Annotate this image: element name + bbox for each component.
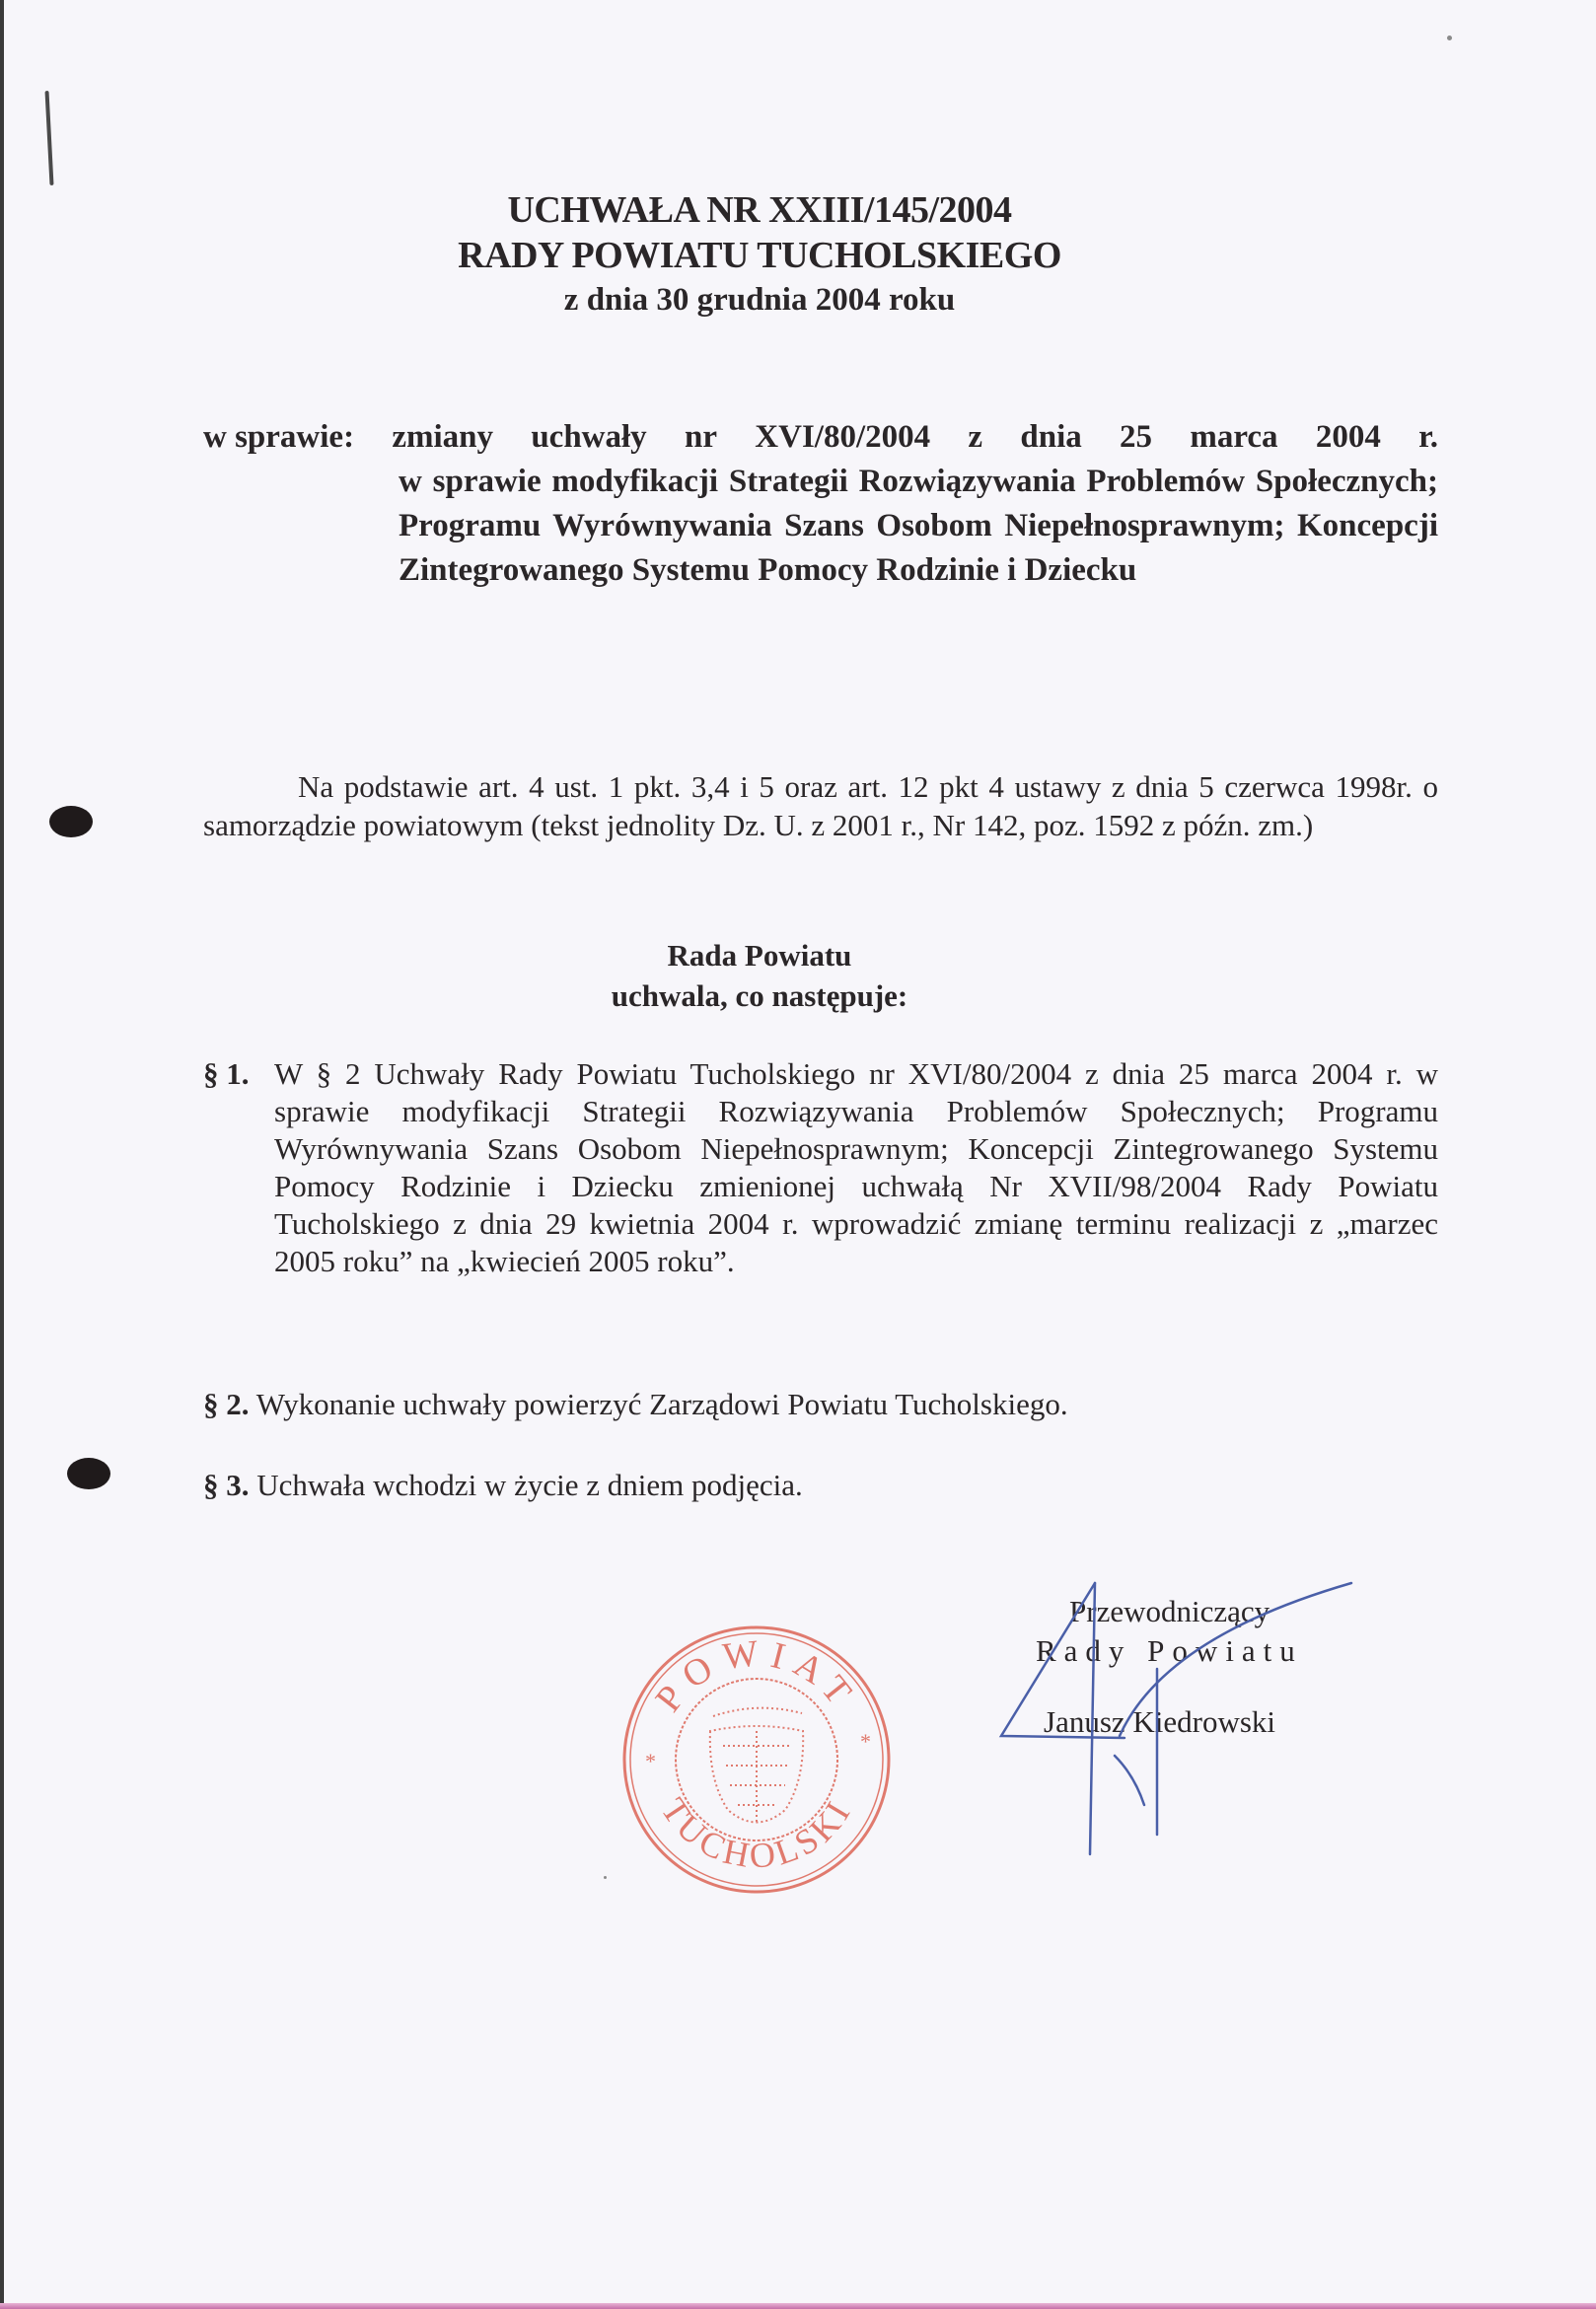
subject-continuation: w sprawie modyfikacji Strategii Rozwiązy… xyxy=(399,460,1438,593)
paragraph-text: Uchwała wchodzi w życie z dniem podjęcia… xyxy=(256,1468,802,1502)
resolution-title: UCHWAŁA NR XXIII/145/2004 RADY POWIATU T… xyxy=(0,187,1519,322)
paragraph-symbol: § 1. xyxy=(203,1055,274,1280)
signature-block: Przewodniczący Rady Powiatu Janusz Kiedr… xyxy=(1036,1592,1361,1742)
subject-word: r. xyxy=(1418,415,1438,460)
resolves-heading: Rada Powiatu uchwala, co następuje: xyxy=(0,935,1519,1016)
signatory-body: Rady Powiatu xyxy=(1036,1631,1361,1671)
subject-word: z xyxy=(968,415,982,460)
paragraph-2: § 2. Wykonanie uchwały powierzyć Zarządo… xyxy=(203,1386,1438,1423)
signatory-name: Janusz Kiedrowski xyxy=(1036,1702,1361,1742)
resolves-line-1: Rada Powiatu xyxy=(0,935,1519,975)
stamp-star-left: * xyxy=(645,1749,656,1773)
subject-word: dnia xyxy=(1020,415,1081,460)
stamp-star-right: * xyxy=(860,1729,871,1754)
scan-bottom-edge xyxy=(0,2303,1596,2309)
paragraph-text: W § 2 Uchwały Rady Powiatu Tucholskiego … xyxy=(274,1055,1438,1280)
subject-label: w sprawie: xyxy=(203,415,354,460)
subject-first-line: w sprawie: zmianyuchwałynrXVI/80/2004zdn… xyxy=(203,415,1438,460)
resolution-date: z dnia 30 grudnia 2004 roku xyxy=(0,278,1519,322)
scan-speck xyxy=(1447,36,1452,40)
stamp-emblem-icon xyxy=(710,1708,803,1825)
resolves-line-2: uchwala, co następuje: xyxy=(0,975,1519,1016)
subject-word: marca xyxy=(1190,415,1277,460)
official-stamp: POWIAT TUCHOLSKI * * xyxy=(619,1623,894,1897)
stamp-top-text: POWIAT xyxy=(647,1631,865,1719)
scan-speck xyxy=(604,1876,607,1879)
subject-word: 25 xyxy=(1120,415,1152,460)
subject-word: 2004 xyxy=(1316,415,1381,460)
punch-hole-top xyxy=(49,806,93,837)
scan-left-edge xyxy=(0,0,4,2309)
resolution-number: UCHWAŁA NR XXIII/145/2004 xyxy=(0,187,1519,233)
paragraph-1: § 1. W § 2 Uchwały Rady Powiatu Tucholsk… xyxy=(203,1055,1438,1280)
staple-mark xyxy=(44,91,53,185)
punch-hole-bottom xyxy=(67,1458,110,1489)
subject-word: nr xyxy=(685,415,717,460)
subject-word: zmiany xyxy=(392,415,493,460)
paragraph-symbol: § 3. xyxy=(203,1468,250,1502)
legal-basis: Na podstawie art. 4 ust. 1 pkt. 3,4 i 5 … xyxy=(203,767,1438,844)
subject-word: XVI/80/2004 xyxy=(755,415,930,460)
council-name: RADY POWIATU TUCHOLSKIEGO xyxy=(0,233,1519,278)
signatory-role: Przewodniczący xyxy=(1036,1592,1361,1631)
paragraph-3: § 3. Uchwała wchodzi w życie z dniem pod… xyxy=(203,1467,1438,1504)
svg-text:POWIAT: POWIAT xyxy=(647,1631,865,1719)
subject-word: uchwały xyxy=(531,415,646,460)
paragraph-symbol: § 2. xyxy=(203,1387,250,1421)
resolution-subject: w sprawie: zmianyuchwałynrXVI/80/2004zdn… xyxy=(203,415,1438,593)
paragraph-text: Wykonanie uchwały powierzyć Zarządowi Po… xyxy=(256,1387,1068,1421)
